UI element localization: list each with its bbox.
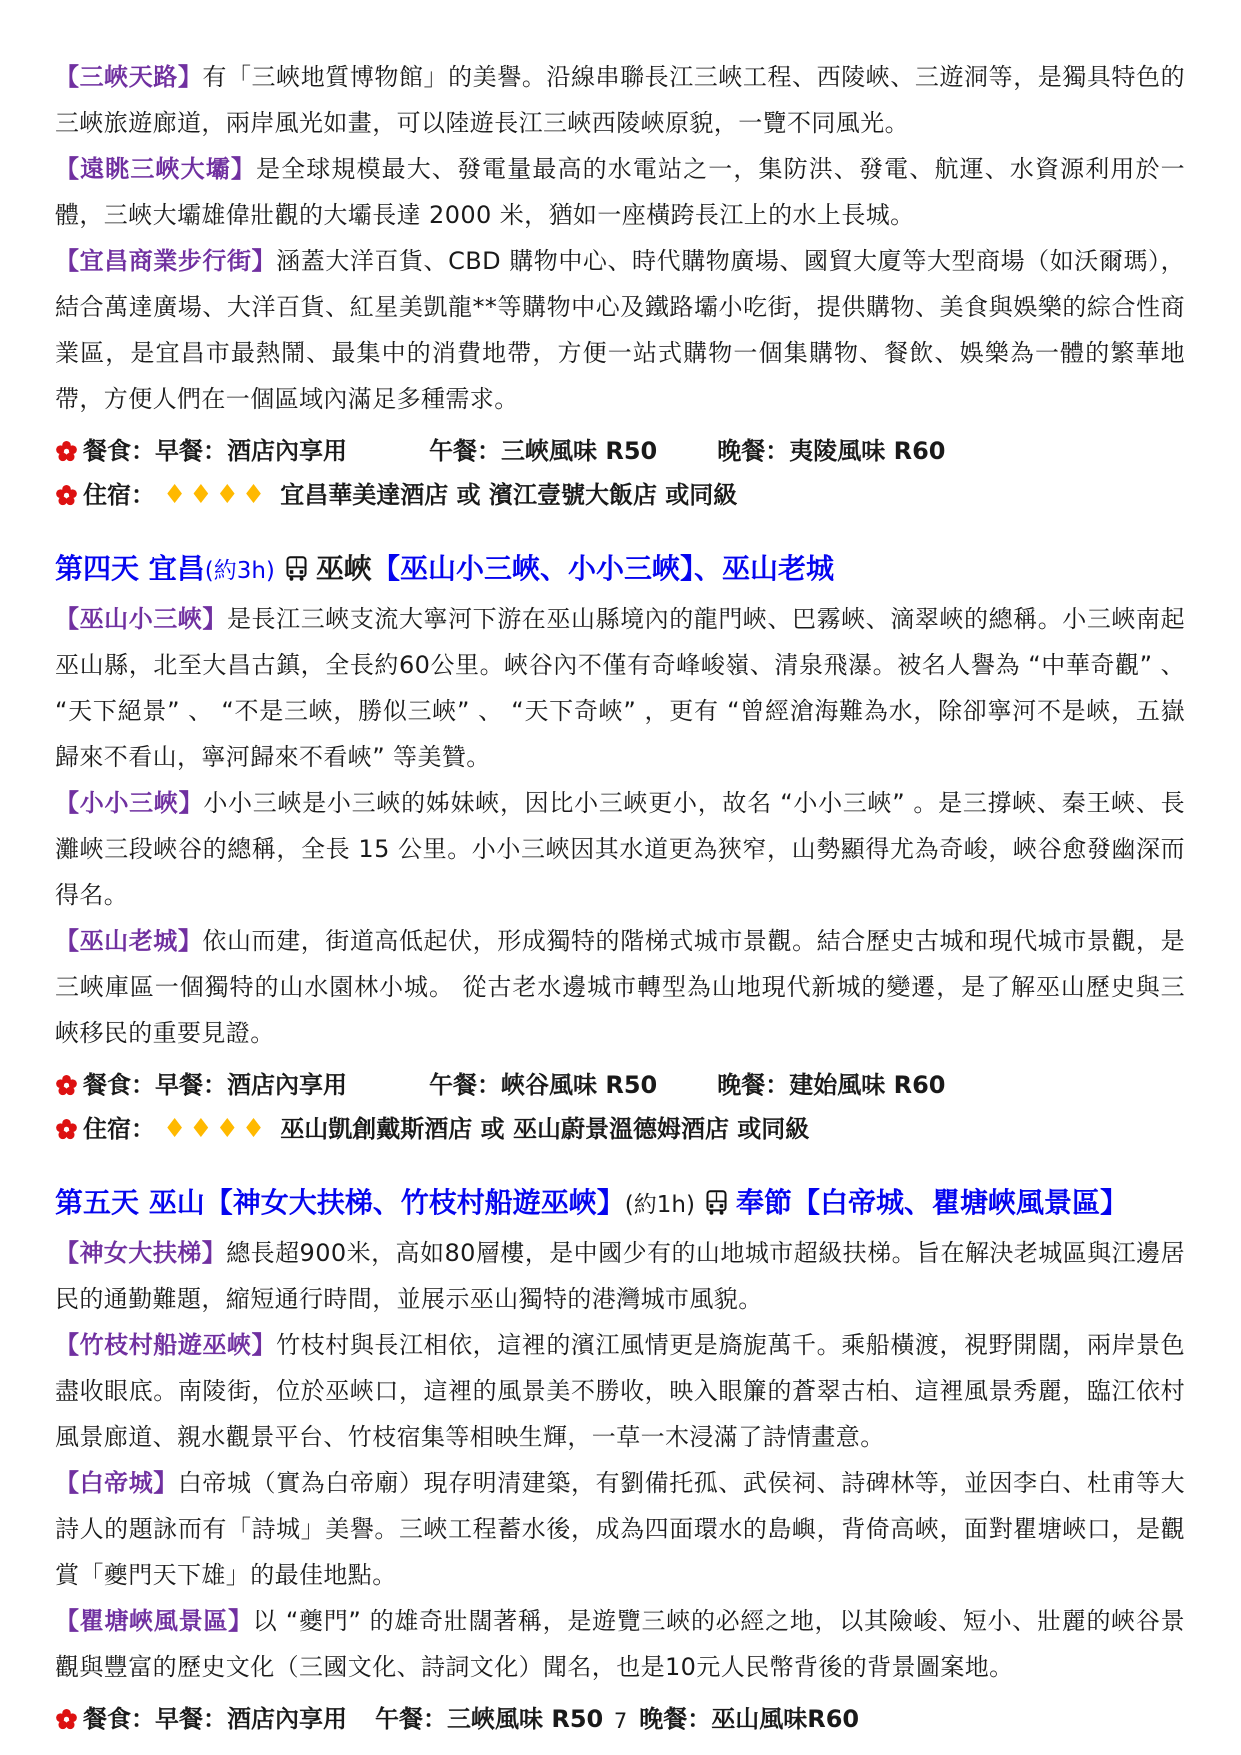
hotel-rating-diamonds-icon: ♦♦♦♦ xyxy=(163,482,268,508)
meal-lunch: 午餐：峽谷風味 R50 xyxy=(429,1064,657,1106)
day3-stay-row: 住宿： ♦♦♦♦ 宜昌華美達酒店 或 濱江壹號大飯店 或同級 xyxy=(55,474,1185,516)
stay-hotels: 宜昌華美達酒店 或 濱江壹號大飯店 或同級 xyxy=(280,474,737,516)
poi-body: 有「三峽地質博物館」的美譽。沿線串聯長江三峽工程、西陵峽、三遊洞等，是獨具特色的… xyxy=(55,63,1185,137)
day5-heading: 第五天 巫山【神女大扶梯、竹枝村船遊巫峽】(約1h)奉節【白帝城、瞿塘峽風景區】 xyxy=(55,1184,1185,1224)
poi-title: 【遠眺三峽大壩】 xyxy=(55,155,256,183)
day4-stay-row: 住宿： ♦♦♦♦ 巫山凱創戴斯酒店 或 巫山蔚景溫德姆酒店 或同級 xyxy=(55,1108,1185,1150)
poi-body: 白帝城（實為白帝廟）現存明清建築，有劉備托孤、武侯祠、詩碑林等，並因李白、杜甫等… xyxy=(55,1469,1185,1589)
day5-heading-rest: 奉節【白帝城、瞿塘峽風景區】 xyxy=(736,1186,1128,1219)
flower-bullet-icon xyxy=(55,440,78,463)
poi-paragraph-wushan-old-town: 【巫山老城】依山而建，街道高低起伏，形成獨特的階梯式城市景觀。結合歷史古城和現代… xyxy=(55,918,1185,1056)
meal-breakfast: 餐食：早餐：酒店內享用 xyxy=(83,430,347,472)
poi-paragraph-qutang-gorge: 【瞿塘峽風景區】以 “夔門” 的雄奇壯闊著稱，是遊覽三峽的必經之地，以其險峻、短… xyxy=(55,1598,1185,1690)
day5-title: 第五天 巫山【神女大扶梯、竹枝村船遊巫峽】 xyxy=(55,1186,625,1219)
poi-paragraph-wushan-small-three-gorges: 【巫山小三峽】是長江三峽支流大寧河下游在巫山縣境內的龍門峽、巴霧峽、滴翠峽的總稱… xyxy=(55,596,1185,780)
poi-paragraph-sanxia-dam: 【遠眺三峽大壩】是全球規模最大、發電量最高的水電站之一，集防洪、發電、航運、水資… xyxy=(55,146,1185,238)
poi-title: 【宜昌商業步行街】 xyxy=(55,247,276,275)
day4-meals-row: 餐食：早餐：酒店內享用 午餐：峽谷風味 R50 晚餐：建始風味 R60 xyxy=(55,1064,1185,1106)
poi-paragraph-sanxia-tianlu: 【三峽天路】有「三峽地質博物館」的美譽。沿線串聯長江三峽工程、西陵峽、三遊洞等，… xyxy=(55,54,1185,146)
day4-via: 巫峽 xyxy=(316,552,372,585)
poi-title: 【白帝城】 xyxy=(55,1469,178,1497)
day4-heading-rest: 【巫山小三峽、小小三峽】、巫山老城 xyxy=(372,552,834,585)
poi-paragraph-goddess-escalator: 【神女大扶梯】總長超900米，高如80層樓，是中國少有的山地城市超級扶梯。旨在解… xyxy=(55,1230,1185,1322)
page-number: 7 xyxy=(0,1709,1241,1733)
stay-label: 住宿： xyxy=(83,1108,155,1150)
bus-icon xyxy=(703,1189,730,1216)
day4-heading: 第四天 宜昌(約3h)巫峽【巫山小三峽、小小三峽】、巫山老城 xyxy=(55,550,1185,590)
poi-paragraph-zhuzhi-village-cruise: 【竹枝村船遊巫峽】竹枝村與長江相依，這裡的濱江風情更是旖旎萬千。乘船橫渡，視野開… xyxy=(55,1322,1185,1460)
day4-title: 第四天 宜昌 xyxy=(55,552,205,585)
poi-body: 小小三峽是小三峽的姊妹峽，因比小三峽更小，故名 “小小三峽” 。是三撐峽、秦王峽… xyxy=(55,789,1185,909)
meal-dinner: 晚餐：建始風味 R60 xyxy=(717,1064,945,1106)
itinerary-page: 【三峽天路】有「三峽地質博物館」的美譽。沿線串聯長江三峽工程、西陵峽、三遊洞等，… xyxy=(0,0,1241,1755)
meal-breakfast: 餐食：早餐：酒店內享用 xyxy=(83,1064,347,1106)
day5-duration: (約1h) xyxy=(625,1192,695,1218)
poi-body: 依山而建，街道高低起伏，形成獨特的階梯式城市景觀。結合歷史古城和現代城市景觀，是… xyxy=(55,927,1185,1047)
meal-dinner: 晚餐：夷陵風味 R60 xyxy=(717,430,945,472)
poi-title: 【神女大扶梯】 xyxy=(55,1239,226,1267)
poi-title: 【巫山小三峽】 xyxy=(55,605,227,633)
stay-hotels: 巫山凱創戴斯酒店 或 巫山蔚景溫德姆酒店 或同級 xyxy=(280,1108,809,1150)
hotel-rating-diamonds-icon: ♦♦♦♦ xyxy=(163,1116,268,1142)
day3-meals-row: 餐食：早餐：酒店內享用 午餐：三峽風味 R50 晚餐：夷陵風味 R60 xyxy=(55,430,1185,472)
meal-lunch: 午餐：三峽風味 R50 xyxy=(429,430,657,472)
poi-paragraph-baidi-city: 【白帝城】白帝城（實為白帝廟）現存明清建築，有劉備托孤、武侯祠、詩碑林等，並因李… xyxy=(55,1460,1185,1598)
day4-duration: (約3h) xyxy=(205,558,275,584)
poi-title: 【瞿塘峽風景區】 xyxy=(55,1607,253,1635)
bus-icon xyxy=(283,555,310,582)
poi-paragraph-mini-three-gorges: 【小小三峽】小小三峽是小三峽的姊妹峽，因比小三峽更小，故名 “小小三峽” 。是三… xyxy=(55,780,1185,918)
poi-paragraph-yichang-walking-street: 【宜昌商業步行街】涵蓋大洋百貨、CBD 購物中心、時代購物廣場、國貿大廈等大型商… xyxy=(55,238,1185,422)
flower-bullet-icon xyxy=(55,1118,78,1141)
flower-bullet-icon xyxy=(55,484,78,507)
flower-bullet-icon xyxy=(55,1074,78,1097)
poi-title: 【巫山老城】 xyxy=(55,927,202,955)
poi-title: 【三峽天路】 xyxy=(55,63,202,91)
stay-label: 住宿： xyxy=(83,474,155,516)
poi-title: 【竹枝村船遊巫峽】 xyxy=(55,1331,276,1359)
poi-title: 【小小三峽】 xyxy=(55,789,203,817)
